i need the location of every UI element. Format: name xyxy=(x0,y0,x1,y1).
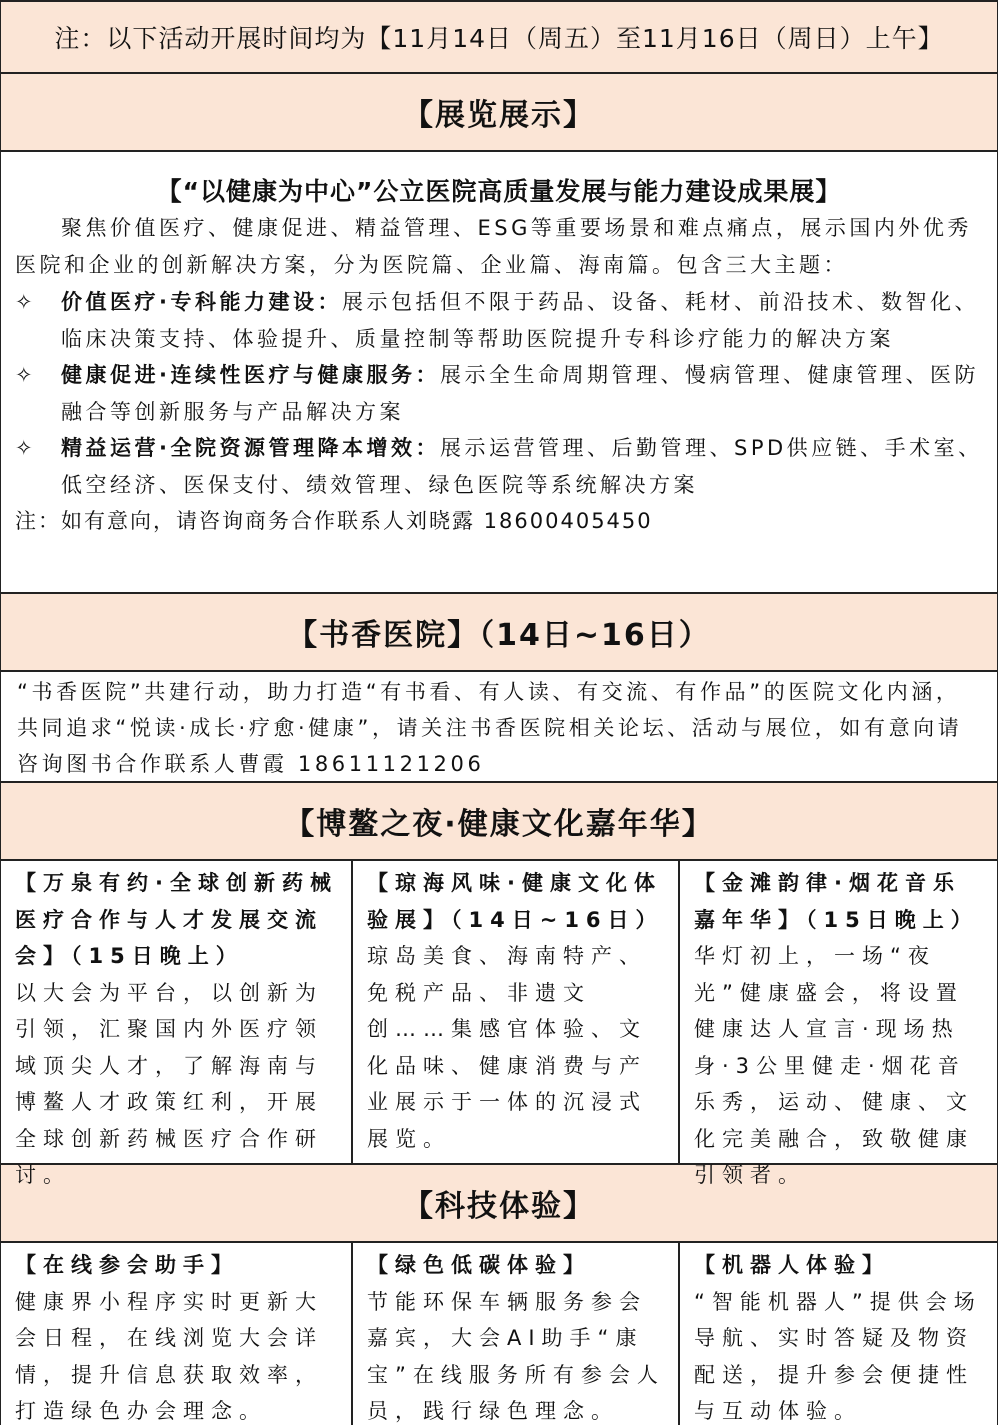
section-title: 【展览展示】 xyxy=(403,90,595,134)
experience-title: 【机器人体验】 xyxy=(694,1247,987,1284)
experience-description: “智能机器人”提供会场导航、实时答疑及物资配送，提升参会便捷性与互动体验。 xyxy=(694,1284,987,1425)
tech-experience-card: 【在线参会助手】 健康界小程序实时更新大会日程，在线浏览大会详情，提升信息获取效… xyxy=(1,1243,351,1425)
notice-text: 注：以下活动开展时间均为【11月14日（周五）至11月16日（周日）上午】 xyxy=(54,19,943,55)
theme-item: ✧ 价值医疗·专科能力建设：展示包括但不限于药品、设备、耗材、前沿技术、数智化、… xyxy=(15,284,983,357)
diamond-bullet-icon: ✧ xyxy=(15,357,61,430)
book-hospital-text: “书香医院”共建行动，助力打造“有书看、有人读、有交流、有作品”的医院文化内涵，… xyxy=(17,680,962,776)
theme-title: 健康促进·连续性医疗与健康服务： xyxy=(61,363,440,387)
experience-description: 健康界小程序实时更新大会日程，在线浏览大会详情，提升信息获取效率，打造绿色办会理… xyxy=(15,1284,341,1425)
carnival-event-card: 【琼海风味·健康文化体验展】（14日~16日） 琼岛美食、海南特产、免税产品、非… xyxy=(351,861,678,1163)
event-description: 琼岛美食、海南特产、免税产品、非遗文创……集感官体验、文化品味、健康消费与产业展… xyxy=(367,938,668,1157)
event-description: 以大会为平台，以创新为引领，汇聚国内外医疗领域顶尖人才，了解海南与博鳌人才政策红… xyxy=(15,975,341,1194)
tech-experiences: 【在线参会助手】 健康界小程序实时更新大会日程，在线浏览大会详情，提升信息获取效… xyxy=(1,1243,997,1425)
book-hospital-content: “书香医院”共建行动，助力打造“有书看、有人读、有交流、有作品”的医院文化内涵，… xyxy=(1,672,997,783)
carnival-event-card: 【金滩韵律·烟花音乐嘉年华】（15日晚上） 华灯初上，一场“夜光”健康盛会，将设… xyxy=(678,861,997,1163)
tech-experience-card: 【绿色低碳体验】 节能环保车辆服务参会嘉宾，大会AI助手“康宝”在线服务所有参会… xyxy=(351,1243,678,1425)
schedule-notice: 注：以下活动开展时间均为【11月14日（周五）至11月16日（周日）上午】 xyxy=(1,2,997,74)
theme-title: 价值医疗·专科能力建设： xyxy=(61,290,342,314)
carnival-event-card: 【万泉有约·全球创新药械医疗合作与人才发展交流会】（15日晚上） 以大会为平台，… xyxy=(1,861,351,1163)
event-title: 【琼海风味·健康文化体验展】（14日~16日） xyxy=(367,865,668,938)
carnival-events: 【万泉有约·全球创新药械医疗合作与人才发展交流会】（15日晚上） 以大会为平台，… xyxy=(1,861,997,1165)
diamond-bullet-icon: ✧ xyxy=(15,284,61,357)
section-title: 【书香医院】（14日~16日） xyxy=(287,610,711,654)
exhibition-intro: 聚焦价值医疗、健康促进、精益管理、ESG等重要场景和难点痛点，展示国内外优秀医院… xyxy=(15,210,983,284)
theme-item: ✧ 健康促进·连续性医疗与健康服务：展示全生命周期管理、慢病管理、健康管理、医防… xyxy=(15,357,983,430)
section-title: 【博鳌之夜·健康文化嘉年华】 xyxy=(284,799,713,843)
section-title: 【科技体验】 xyxy=(403,1181,595,1225)
experience-title: 【绿色低碳体验】 xyxy=(367,1247,668,1284)
event-description: 华灯初上，一场“夜光”健康盛会，将设置健康达人宣言·现场热身·3公里健走·烟花音… xyxy=(694,938,987,1194)
section-header-carnival: 【博鳌之夜·健康文化嘉年华】 xyxy=(1,783,997,861)
section-header-exhibition: 【展览展示】 xyxy=(1,74,997,152)
theme-item: ✧ 精益运营·全院资源管理降本增效：展示运营管理、后勤管理、SPD供应链、手术室… xyxy=(15,430,983,503)
experience-description: 节能环保车辆服务参会嘉宾，大会AI助手“康宝”在线服务所有参会人员，践行绿色理念… xyxy=(367,1284,668,1425)
experience-title: 【在线参会助手】 xyxy=(15,1247,341,1284)
activity-schedule-table: 注：以下活动开展时间均为【11月14日（周五）至11月16日（周日）上午】 【展… xyxy=(0,0,998,1425)
tech-experience-card: 【机器人体验】 “智能机器人”提供会场导航、实时答疑及物资配送，提升参会便捷性与… xyxy=(678,1243,997,1425)
section-header-book-hospital: 【书香医院】（14日~16日） xyxy=(1,594,997,672)
event-title: 【金滩韵律·烟花音乐嘉年华】（15日晚上） xyxy=(694,865,987,938)
exhibition-content: 【“以健康为中心”公立医院高质量发展与能力建设成果展】 聚焦价值医疗、健康促进、… xyxy=(1,152,997,594)
theme-title: 精益运营·全院资源管理降本增效： xyxy=(61,436,440,460)
exhibition-contact-note: 注：如有意向，请咨询商务合作联系人刘晓露 18600405450 xyxy=(15,503,983,539)
diamond-bullet-icon: ✧ xyxy=(15,430,61,503)
event-title: 【万泉有约·全球创新药械医疗合作与人才发展交流会】（15日晚上） xyxy=(15,865,341,975)
exhibition-title: 【“以健康为中心”公立医院高质量发展与能力建设成果展】 xyxy=(15,152,983,204)
